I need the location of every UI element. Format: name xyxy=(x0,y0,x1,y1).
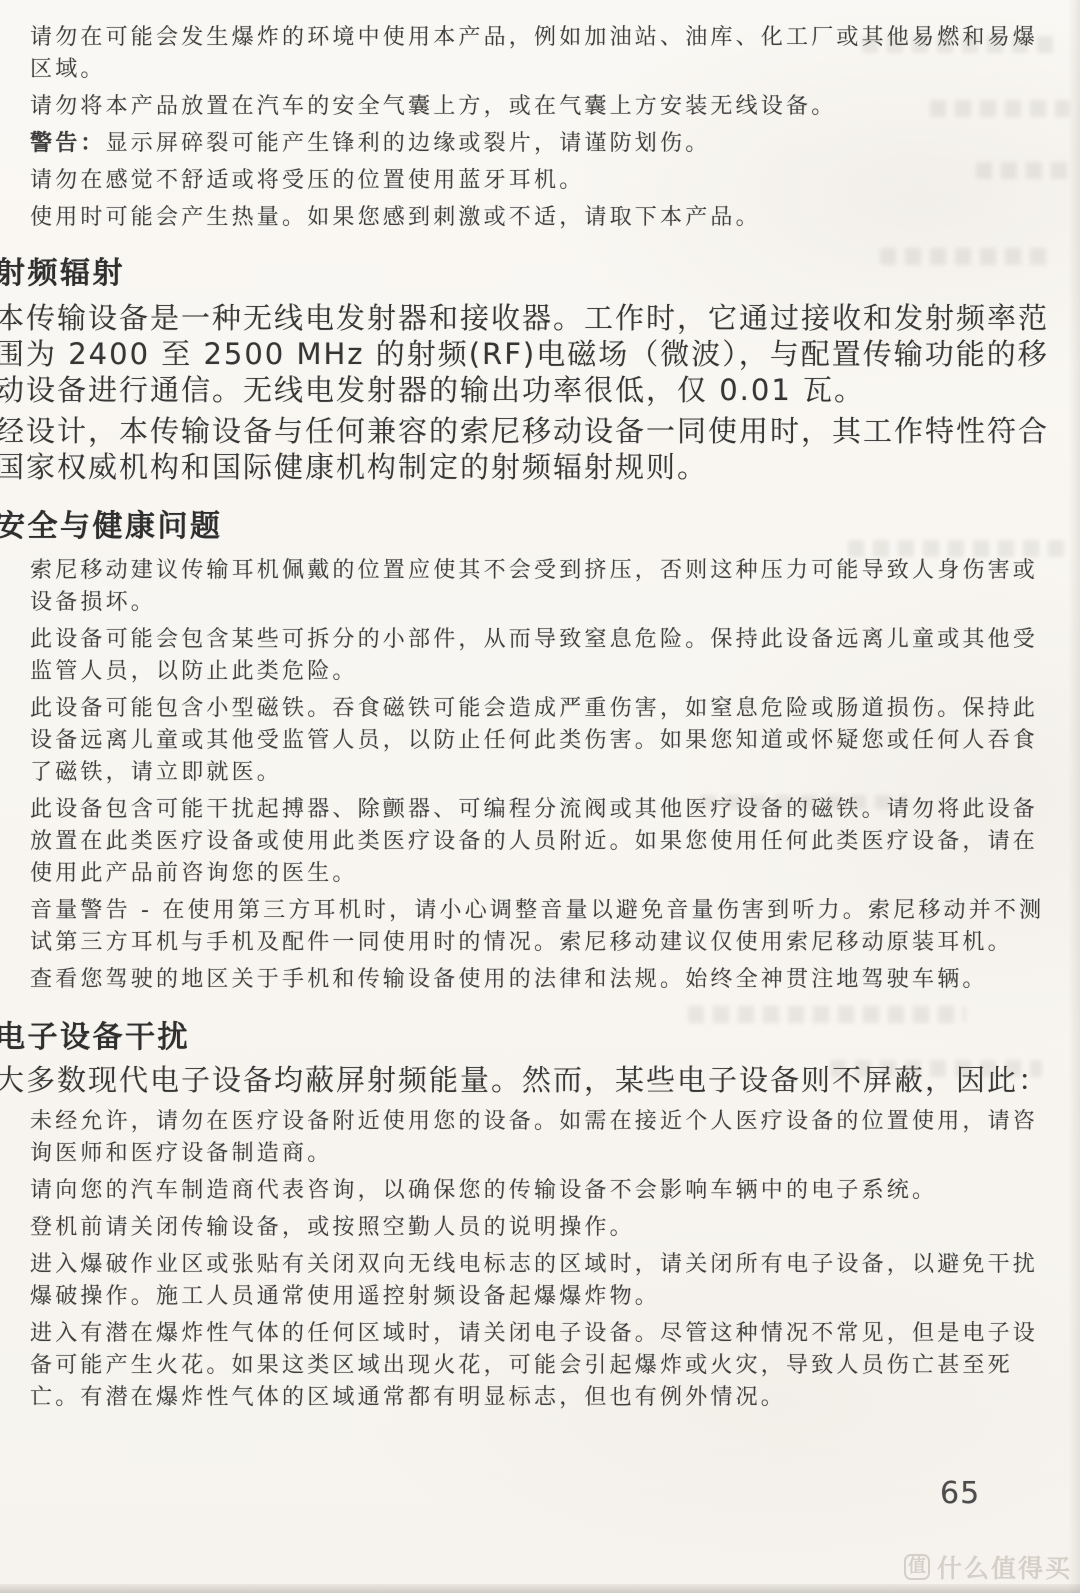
interference-section-heading: 电子设备干扰 xyxy=(0,1020,1080,1056)
safety-paragraph: 此设备可能会包含某些可拆分的小部件，从而导致窒息危险。保持此设备远离儿童或其他受… xyxy=(30,624,1062,688)
interference-paragraph: 未经允许，请勿在医疗设备附近使用您的设备。如需在接近个人医疗设备的位置使用，请咨… xyxy=(30,1106,1062,1170)
safety-paragraph: 索尼移动建议传输耳机佩戴的位置应使其不会受到挤压，否则这种压力可能导致人身伤害或… xyxy=(30,555,1062,619)
safety-paragraph: 查看您驾驶的地区关于手机和传输设备使用的法律和法规。始终全神贯注地驾驶车辆。 xyxy=(30,964,1062,996)
scan-edge-strip xyxy=(0,1584,1080,1593)
bleedthrough-smudge xyxy=(880,248,1048,265)
bleedthrough-smudge xyxy=(862,36,1060,53)
interference-paragraph: 登机前请关闭传输设备，或按照空勤人员的说明操作。 xyxy=(30,1212,1062,1244)
rf-radiation-section: 射频辐射 本传输设备是一种无线电发射器和接收器。工作时，它通过接收和发射频率范围… xyxy=(0,256,1080,485)
bleedthrough-smudge xyxy=(930,100,1070,117)
intro-warning-paragraph: 警告：显示屏碎裂可能产生锋利的边缘或裂片，请谨防划伤。 xyxy=(30,128,1062,160)
bleedthrough-smudge xyxy=(848,540,1070,557)
smzdm-watermark-text: 什么值得买 xyxy=(937,1549,1072,1585)
electronic-interference-section: 电子设备干扰 大多数现代电子设备均蔽屏射频能量。然而，某些电子设备则不屏蔽，因此… xyxy=(0,1020,1080,1414)
rf-paragraph: 经设计，本传输设备与任何兼容的索尼移动设备一同使用时，其工作特性符合国家权威机构… xyxy=(0,413,1072,485)
scanned-manual-page: 请勿在可能会发生爆炸的环境中使用本产品，例如加油站、油库、化工厂或其他易燃和易爆… xyxy=(0,0,1080,1593)
scan-edge-shadow xyxy=(1068,0,1080,1593)
intro-paragraph: 请勿在可能会发生爆炸的环境中使用本产品，例如加油站、油库、化工厂或其他易燃和易爆… xyxy=(30,22,1062,86)
intro-paragraph: 请勿将本产品放置在汽车的安全气囊上方，或在气囊上方安装无线设备。 xyxy=(30,91,1062,123)
safety-paragraph: 此设备包含可能干扰起搏器、除颤器、可编程分流阀或其他医疗设备的磁铁。请勿将此设备… xyxy=(30,794,1062,890)
page-number: 65 xyxy=(940,1476,980,1511)
safety-health-section: 安全与健康问题 索尼移动建议传输耳机佩戴的位置应使其不会受到挤压，否则这种压力可… xyxy=(0,509,1080,996)
interference-paragraph: 进入有潜在爆炸性气体的任何区域时，请关闭电子设备。尽管这种情况不常见，但是电子设… xyxy=(30,1318,1062,1414)
smzdm-logo-icon: 值 xyxy=(904,1554,930,1580)
interference-paragraph: 进入爆破作业区或张贴有关闭双向无线电标志的区域时，请关闭所有电子设备，以避免干扰… xyxy=(30,1249,1062,1313)
bleedthrough-smudge xyxy=(700,795,908,809)
warning-label: 警告： xyxy=(30,131,106,156)
bleedthrough-smudge xyxy=(688,1006,966,1023)
bleedthrough-smudge xyxy=(830,1060,1042,1077)
warning-text: 显示屏碎裂可能产生锋利的边缘或裂片，请谨防划伤。 xyxy=(106,131,711,156)
interference-paragraph: 请向您的汽车制造商代表咨询，以确保您的传输设备不会影响车辆中的电子系统。 xyxy=(30,1175,1062,1207)
intro-paragraph: 使用时可能会产生热量。如果您感到刺激或不适，请取下本产品。 xyxy=(30,202,1062,234)
safety-paragraph: 此设备可能包含小型磁铁。吞食磁铁可能会造成严重伤害，如窒息危险或肠道损伤。保持此… xyxy=(30,693,1062,789)
smzdm-watermark: 值 什么值得买 xyxy=(904,1549,1072,1585)
safety-paragraph: 音量警告 - 在使用第三方耳机时，请小心调整音量以避免音量伤害到听力。索尼移动并… xyxy=(30,895,1062,959)
bleedthrough-smudge xyxy=(976,162,1072,179)
intro-paragraph: 请勿在感觉不舒适或将受压的位置使用蓝牙耳机。 xyxy=(30,165,1062,197)
rf-paragraph: 本传输设备是一种无线电发射器和接收器。工作时，它通过接收和发射频率范围为 240… xyxy=(0,300,1072,408)
